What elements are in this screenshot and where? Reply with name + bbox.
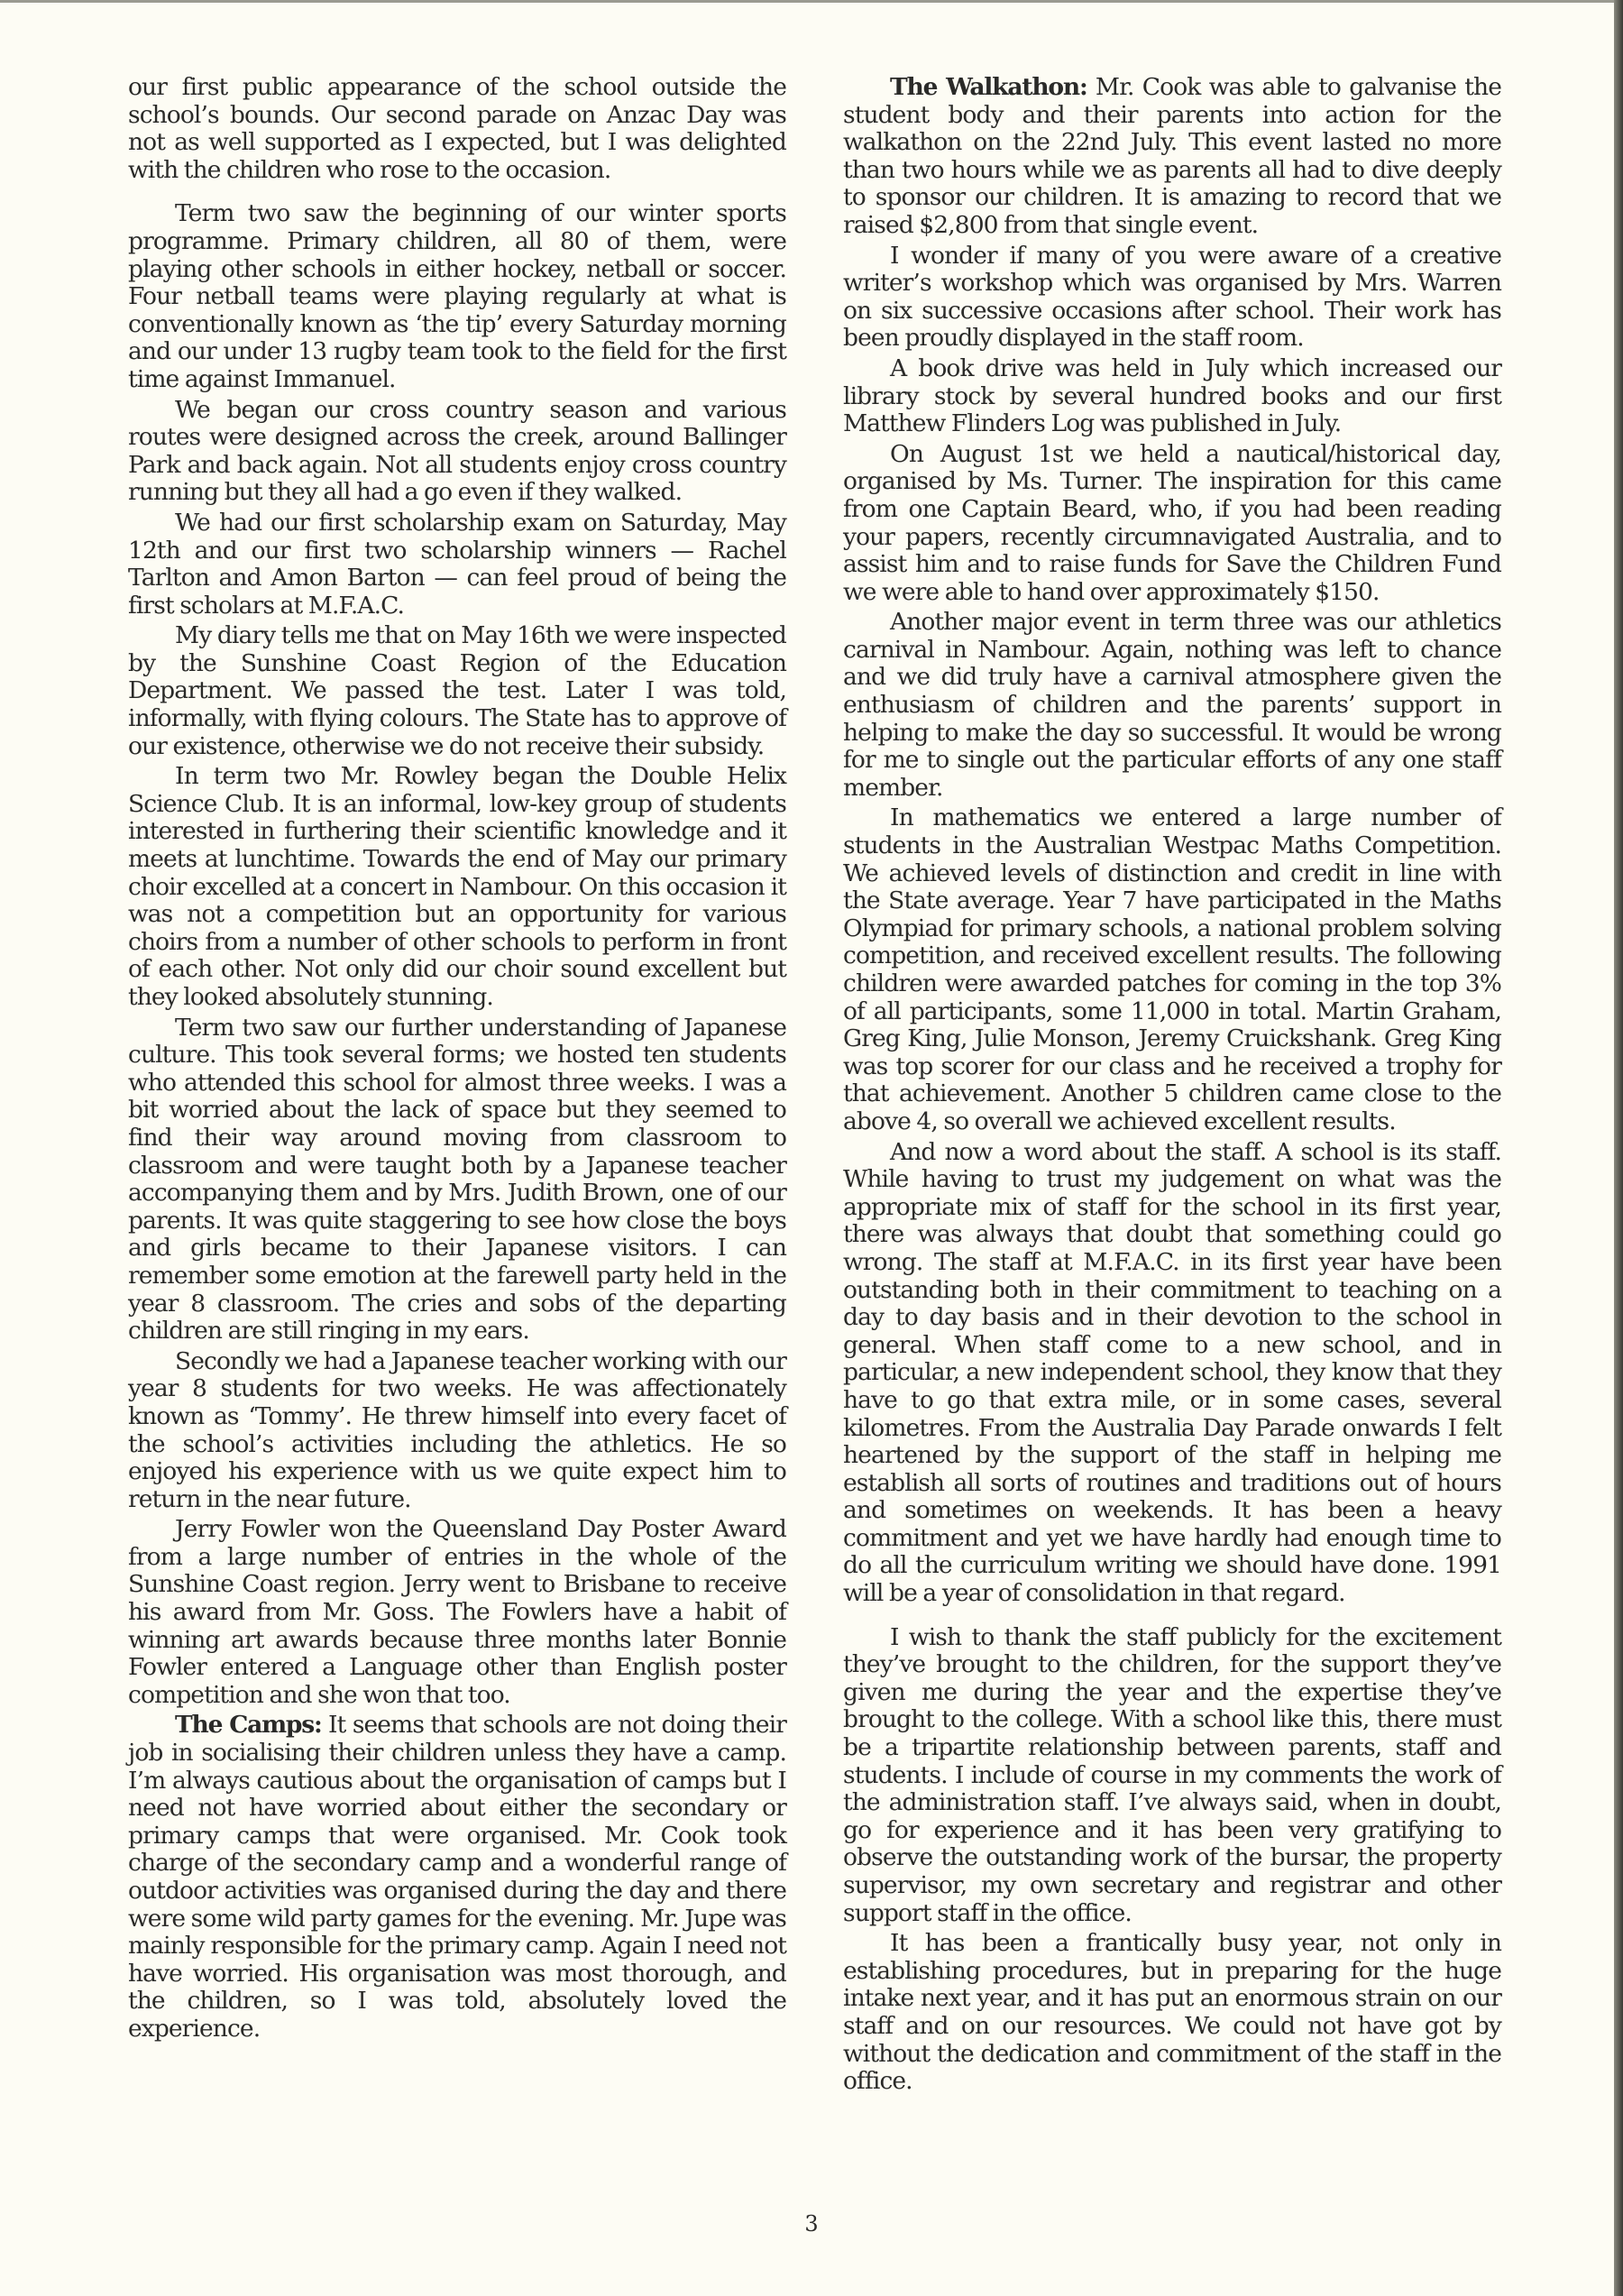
paragraph-athletics-carnival: Another major event in term three was ou… (843, 609, 1501, 802)
right-column: The Walkathon: Mr. Cook was able to galv… (843, 74, 1501, 2099)
paragraph-science-club: In term two Mr. Rowley began the Double … (128, 763, 786, 1011)
paragraph-poster-award: Jerry Fowler won the Queensland Day Post… (128, 1516, 786, 1709)
section-heading-camps: The Camps: (175, 1711, 322, 1739)
paragraph-nautical-day: On August 1st we held a nautical/histori… (843, 441, 1501, 607)
paragraph-inspection: My diary tells me that on May 16th we we… (128, 622, 786, 760)
paragraph-japanese-teacher: Secondly we had a Japanese teacher worki… (128, 1348, 786, 1514)
paragraph-mathematics: In mathematics we entered a large number… (843, 804, 1501, 1135)
paragraph-busy-year: It has been a frantically busy year, not… (843, 1930, 1501, 2096)
paragraph-thanks: I wish to thank the staff publicly for t… (843, 1624, 1501, 1928)
paragraph-parade: our first public appearance of the schoo… (128, 74, 786, 184)
paragraph-scholarship: We had our first scholarship exam on Sat… (128, 510, 786, 620)
paragraph-book-drive: A book drive was held in July which incr… (843, 355, 1501, 438)
paragraph-winter-sports: Term two saw the beginning of our winter… (128, 200, 786, 393)
paragraph-staff: And now a word about the staff. A school… (843, 1139, 1501, 1608)
paragraph-writers-workshop: I wonder if many of you were aware of a … (843, 243, 1501, 353)
paragraph-japanese-culture: Term two saw our further understanding o… (128, 1015, 786, 1345)
page-number: 3 (0, 2211, 1623, 2236)
page-right-edge (1614, 0, 1623, 2296)
paragraph-camps: The Camps: It seems that schools are not… (128, 1712, 786, 2043)
page-top-edge (0, 0, 1623, 3)
left-column: our first public appearance of the schoo… (128, 74, 786, 2046)
section-heading-walkathon: The Walkathon: (890, 73, 1087, 101)
paragraph-walkathon: The Walkathon: Mr. Cook was able to galv… (843, 74, 1501, 240)
paragraph-cross-country: We began our cross country season and va… (128, 397, 786, 507)
